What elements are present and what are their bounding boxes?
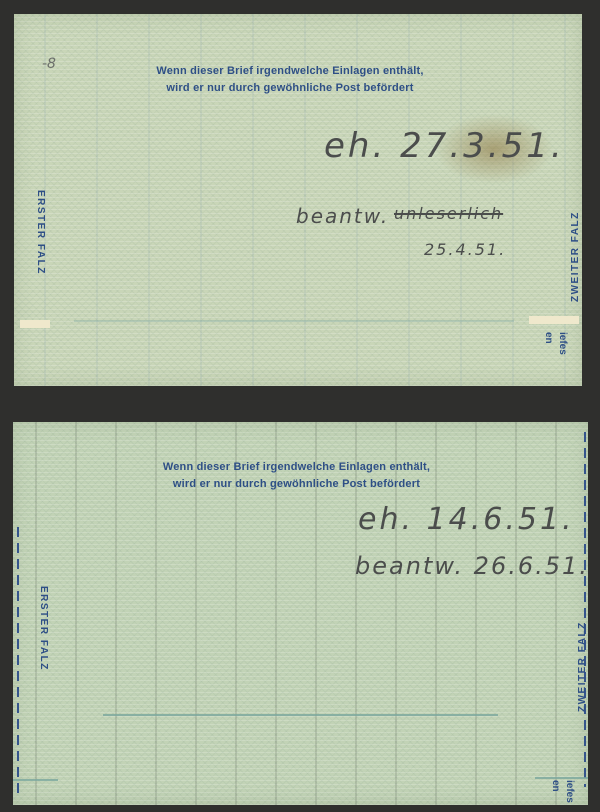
received-date-annotation: eh. 14.6.51. [358, 502, 575, 537]
second-fold-label: ZWEITER FALZ [577, 621, 588, 712]
fold-crease [103, 714, 498, 716]
paper-tab-left [20, 320, 50, 328]
inclusion-notice: Wenn dieser Brief irgendwelche Einlagen … [9, 459, 584, 493]
edge-text-2: en [550, 780, 561, 792]
notice-line-1: Wenn dieser Brief irgendwelche Einlagen … [9, 459, 584, 476]
aerogramme-bottom: Wenn dieser Brief irgendwelche Einlagen … [13, 422, 588, 805]
notice-line-2: wird er nur durch gewöhnliche Post beför… [6, 80, 574, 97]
edge-text-1: iefes [557, 332, 568, 355]
aerogramme-top: -8 Wenn dieser Brief irgendwelche Einlag… [14, 14, 582, 386]
paper-tab-right [529, 316, 579, 324]
answered-date-annotation: beantw. 26.6.51. [355, 552, 589, 580]
second-fold-label: ZWEITER FALZ [570, 211, 581, 302]
received-date-annotation: eh. 27.3.51. [324, 126, 565, 166]
first-fold-label: ERSTER FALZ [35, 190, 46, 275]
answered-label: beantw. [296, 204, 389, 228]
notice-line-1: Wenn dieser Brief irgendwelche Einlagen … [6, 63, 574, 80]
fold-crease-left [13, 779, 58, 781]
fold-crease-right [535, 777, 588, 779]
edge-text-2: en [543, 332, 554, 344]
right-dashed-edge [584, 432, 586, 787]
first-fold-label: ERSTER FALZ [38, 586, 49, 671]
edge-text-1: iefes [564, 780, 575, 803]
inclusion-notice: Wenn dieser Brief irgendwelche Einlagen … [6, 63, 574, 97]
left-dashed-edge [17, 527, 19, 797]
struck-out-word: unleserlich [394, 204, 503, 223]
answered-date-annotation: 25.4.51. [424, 240, 506, 259]
notice-line-2: wird er nur durch gewöhnliche Post beför… [9, 476, 584, 493]
fold-crease [74, 320, 514, 322]
